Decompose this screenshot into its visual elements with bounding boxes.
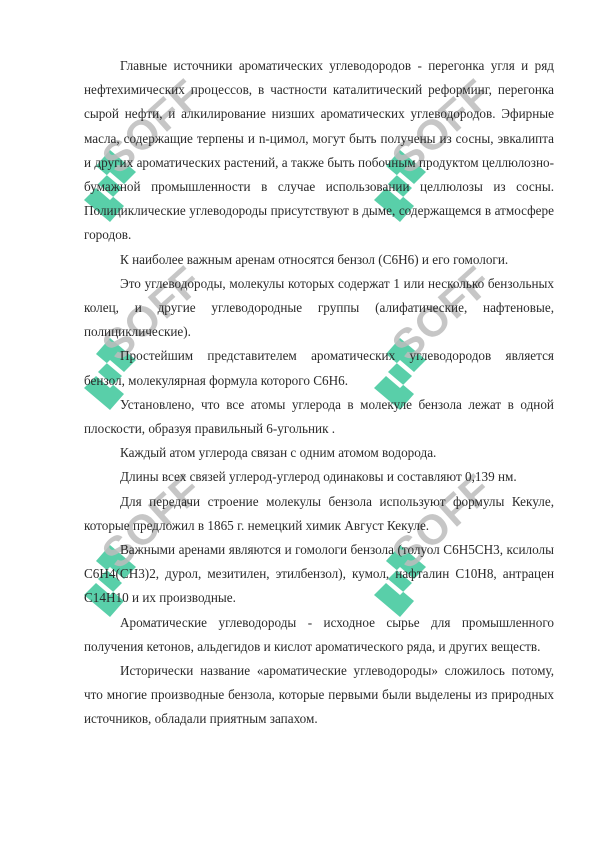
paragraph: Каждый атом углерода связан с одним атом… [84, 441, 554, 465]
paragraph: Исторически название «ароматические угле… [84, 659, 554, 732]
paragraph: Ароматические углеводороды - исходное сы… [84, 611, 554, 659]
paragraph: Длины всех связей углерод-углерод одинак… [84, 465, 554, 489]
paragraph: Это углеводороды, молекулы которых содер… [84, 272, 554, 345]
paragraph: Главные источники ароматических углеводо… [84, 54, 554, 248]
paragraph: К наиболее важным аренам относятся бензо… [84, 248, 554, 272]
document-body: Главные источники ароматических углеводо… [84, 54, 554, 732]
paragraph: Важными аренами являются и гомологи бенз… [84, 538, 554, 611]
paragraph: Простейшим представителем ароматических … [84, 344, 554, 392]
document-page: SOFF SOFF SOFF SOFF SOFF SOFF Главные ис… [0, 0, 596, 842]
paragraph: Для передачи строение молекулы бензола и… [84, 490, 554, 538]
paragraph: Установлено, что все атомы углерода в мо… [84, 393, 554, 441]
